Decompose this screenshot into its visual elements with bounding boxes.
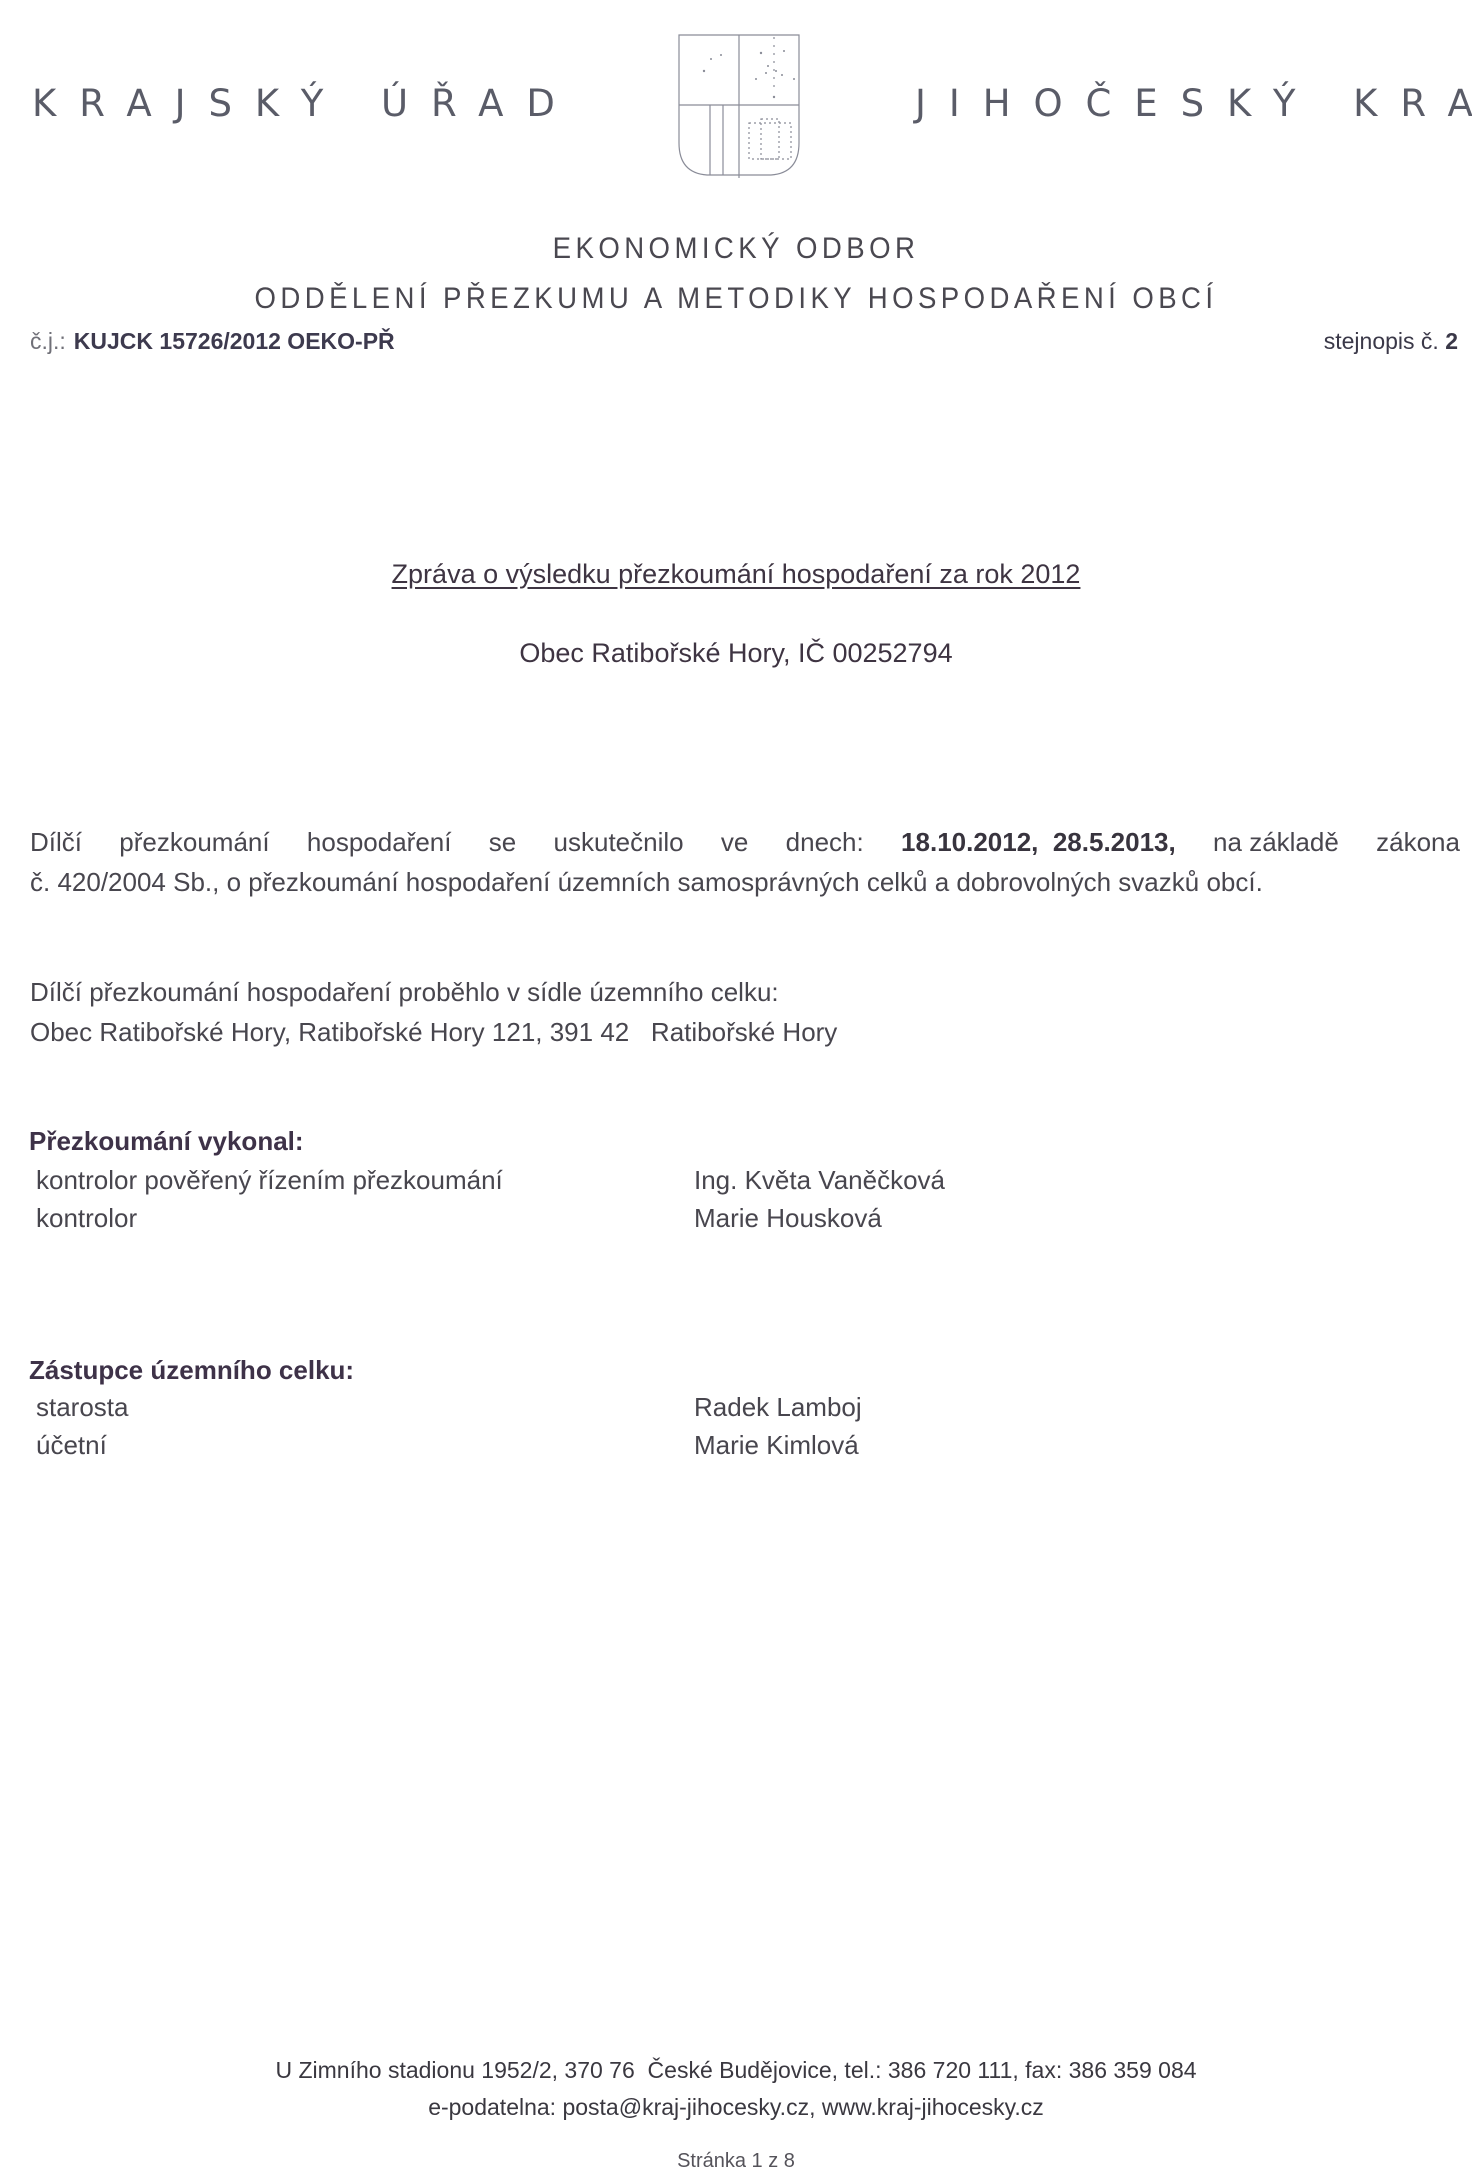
footer-contacts: e-podatelna: posta@kraj-jihocesky.cz, ww… <box>0 2094 1472 2121</box>
copy-number: stejnopis č. 2 <box>1324 328 1458 355</box>
representative-role: starosta <box>36 1392 129 1423</box>
reviewer-role: kontrolor pověřený řízením přezkoumání <box>36 1165 503 1196</box>
section-name: ODDĚLENÍ PŘEZKUMU A METODIKY HOSPODAŘENÍ… <box>59 282 1413 316</box>
paragraph-line: č. 420/2004 Sb., o přezkoumání hospodaře… <box>30 862 1460 902</box>
report-title: Zpráva o výsledku přezkoumání hospodařen… <box>0 559 1472 590</box>
reviewer-role: kontrolor <box>36 1203 137 1234</box>
review-location-paragraph: Dílčí přezkoumání hospodaření proběhlo v… <box>30 972 1460 1052</box>
page-number: Stránka 1 z 8 <box>0 2150 1472 2173</box>
representatives-heading: Zástupce územního celku: <box>29 1355 354 1386</box>
department-name: EKONOMICKÝ ODBOR <box>59 232 1413 266</box>
word: uskutečnilo <box>554 822 684 862</box>
word: se <box>489 822 516 862</box>
word: dnech: <box>786 822 864 862</box>
word: ve <box>721 822 748 862</box>
report-subject: Obec Ratibořské Hory, IČ 00252794 <box>0 638 1472 669</box>
copy-label: stejnopis č. <box>1324 328 1439 354</box>
reference-number: č.j.:KUJCK 15726/2012 OEKO-PŘ <box>30 328 395 355</box>
location-address: Obec Ratibořské Hory, Ratibořské Hory 12… <box>30 1012 1460 1052</box>
representative-name: Marie Kimlová <box>694 1430 859 1461</box>
reviewer-name: Marie Housková <box>694 1203 882 1234</box>
representative-name: Radek Lamboj <box>694 1392 862 1423</box>
word: zákona <box>1376 822 1460 862</box>
review-dates-paragraph: Dílčí přezkoumání hospodaření se uskuteč… <box>30 822 1460 902</box>
letterhead-region-name: JIHOČESKÝ KRAJ <box>915 80 1472 128</box>
reviewer-name: Ing. Květa Vaněčková <box>694 1165 945 1196</box>
copy-value: 2 <box>1445 328 1458 354</box>
coat-of-arms-icon <box>676 33 802 178</box>
footer-address: U Zimního stadionu 1952/2, 370 76 České … <box>0 2057 1472 2084</box>
reference-value: KUJCK 15726/2012 OEKO-PŘ <box>74 328 395 354</box>
reference-label: č.j.: <box>30 328 66 354</box>
review-dates: 18.10.2012, 28.5.2013, <box>901 822 1176 862</box>
word: hospodaření <box>307 822 452 862</box>
word: přezkoumání <box>119 822 269 862</box>
word: na základě <box>1213 822 1339 862</box>
representative-role: účetní <box>36 1430 107 1461</box>
paragraph-line: Dílčí přezkoumání hospodaření proběhlo v… <box>30 972 1460 1012</box>
word: Dílčí <box>30 822 82 862</box>
letterhead-office-name: KRAJSKÝ ÚŘAD <box>32 80 578 128</box>
reviewers-heading: Přezkoumání vykonal: <box>29 1126 304 1157</box>
paragraph-line: Dílčí přezkoumání hospodaření se uskuteč… <box>30 822 1460 862</box>
